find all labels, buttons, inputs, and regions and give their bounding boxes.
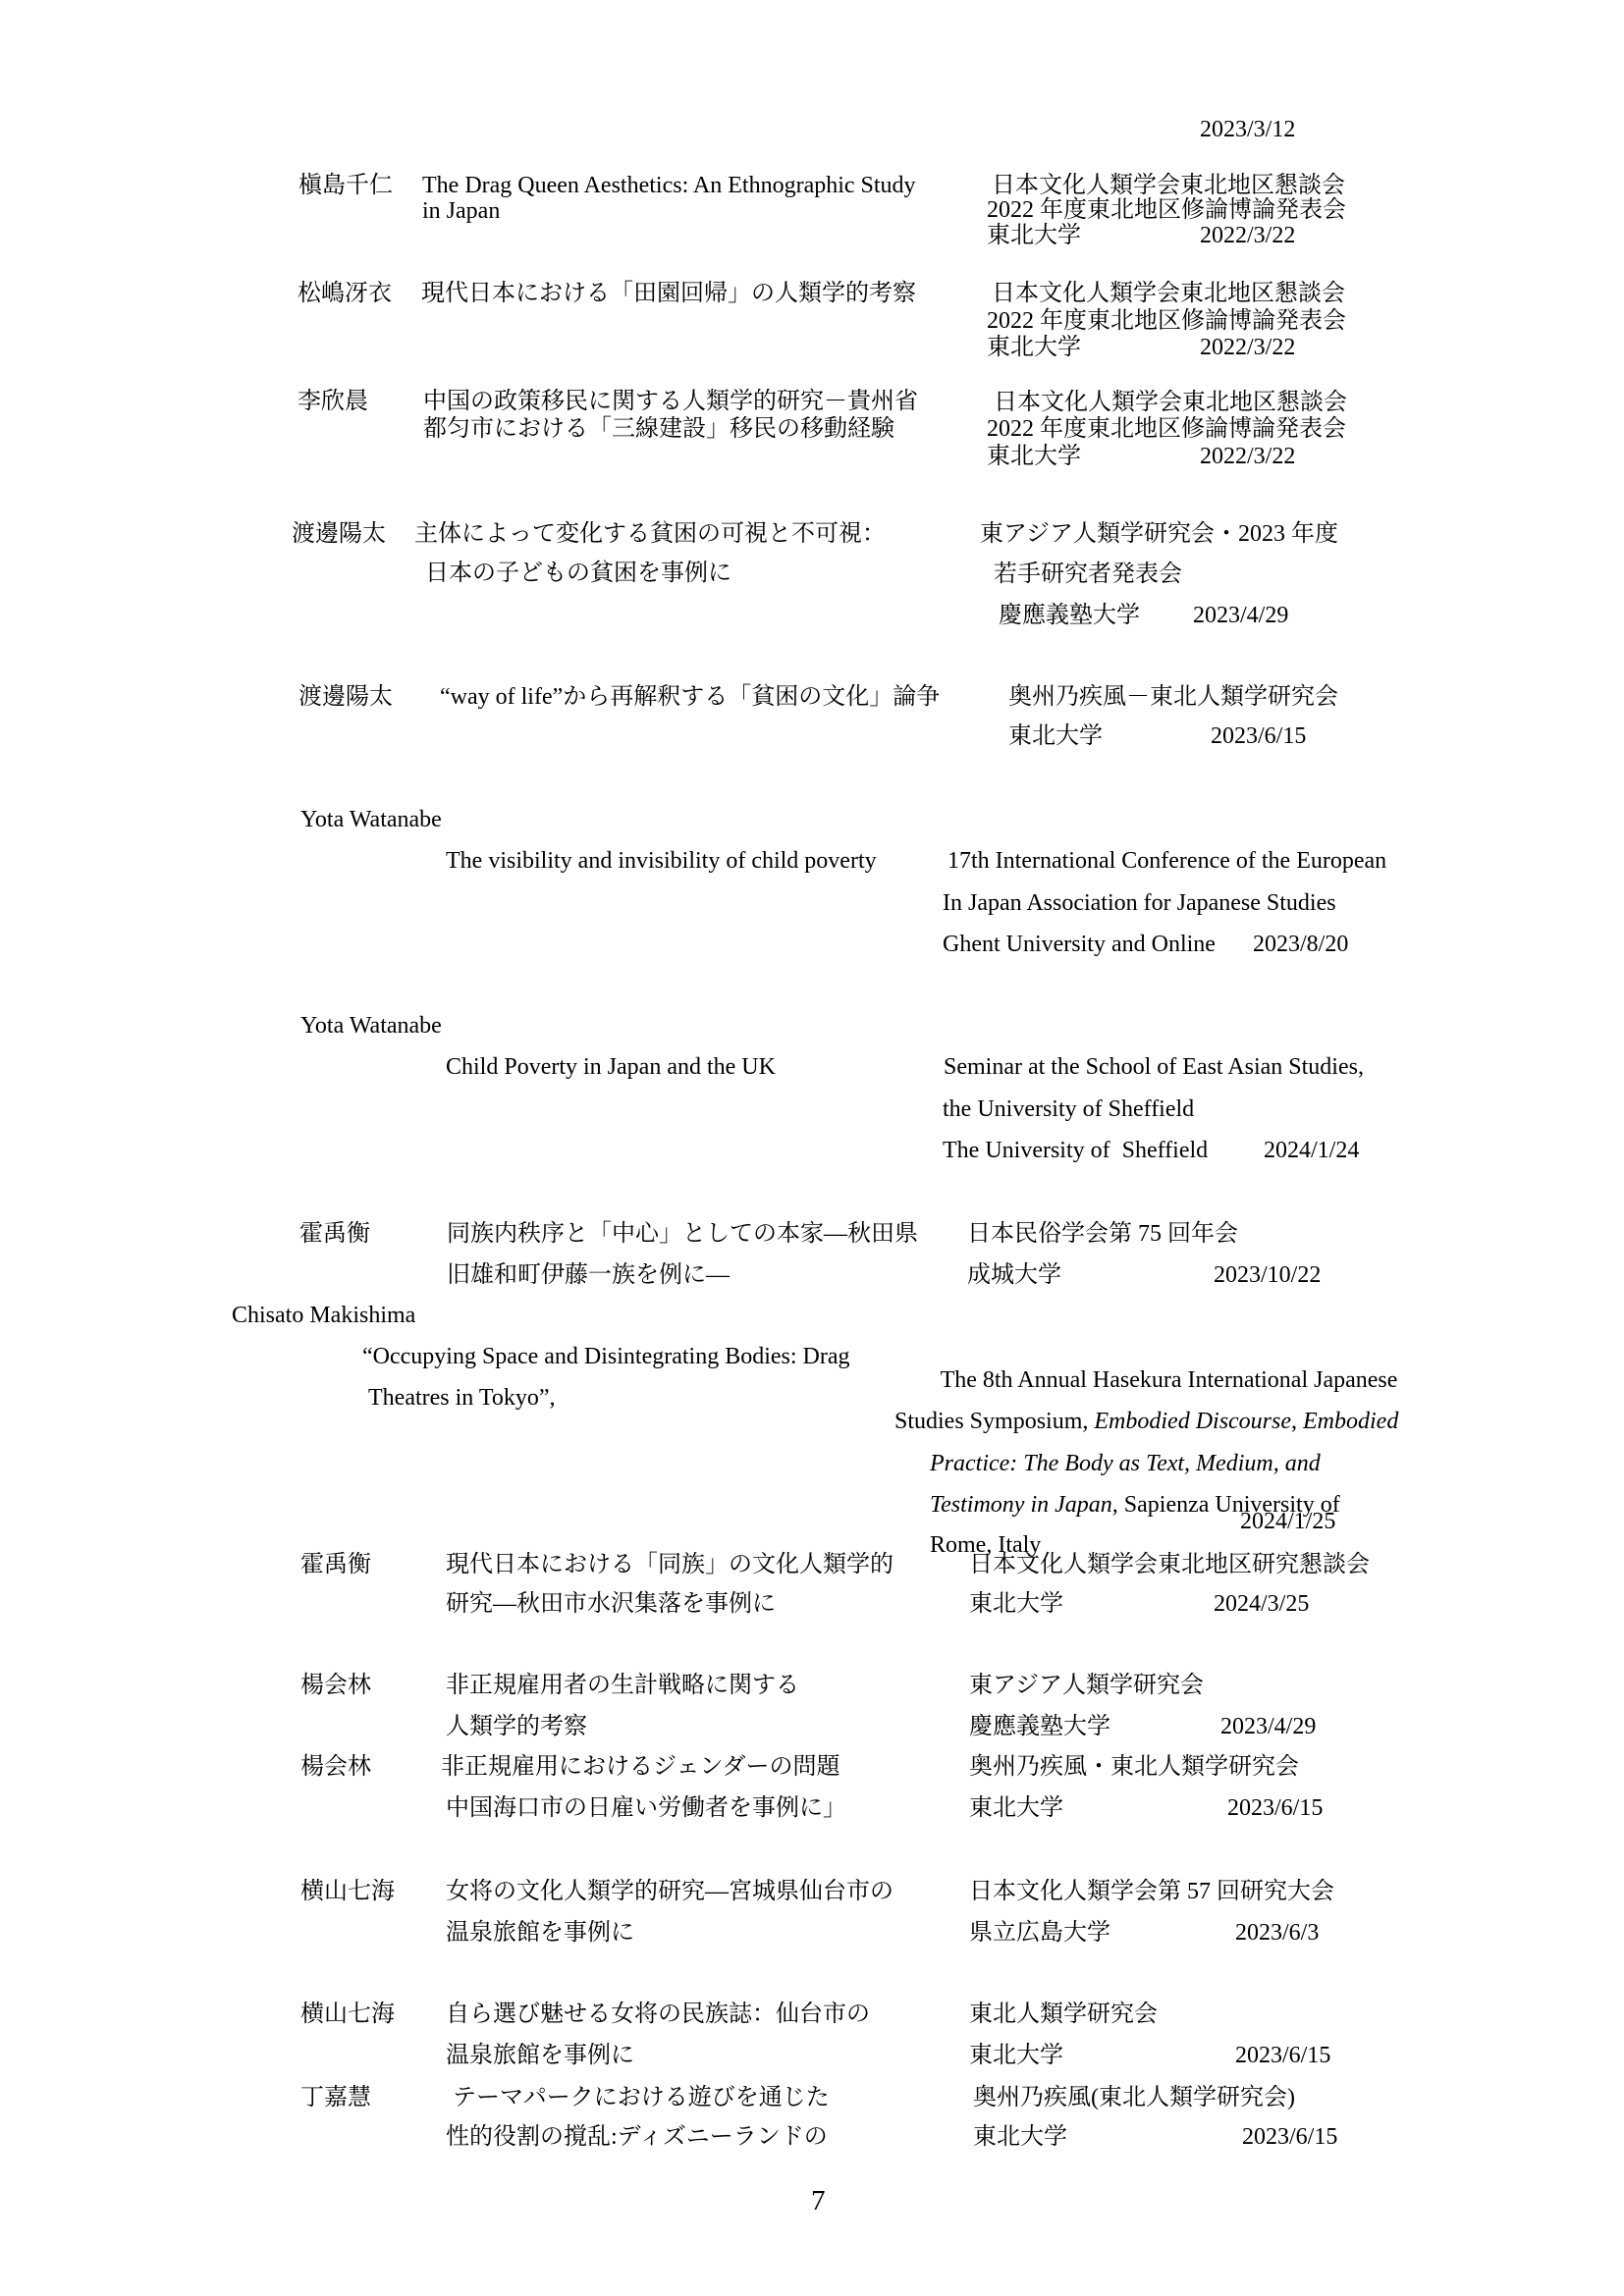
header-date: 2023/3/12 <box>1200 118 1295 141</box>
venue-line: Seminar at the School of East Asian Stud… <box>944 1055 1364 1079</box>
venue-line: 奥州乃疾風・東北人類学研究会 <box>969 1755 1299 1779</box>
presenter-name: Chisato Makishima <box>232 1304 415 1327</box>
venue-line: 日本文化人類学会東北地区懇談会 <box>992 282 1345 305</box>
venue-line: 県立広島大学 <box>969 1921 1110 1945</box>
presentation-title-line: 自ら選び魅せる女将の民族誌：仙台市の <box>446 2002 870 2026</box>
presentation-date: 2024/1/24 <box>1264 1139 1359 1162</box>
venue-line: 日本民俗学会第 75 回年会 <box>967 1222 1238 1246</box>
venue-line: 日本文化人類学会東北地区懇談会 <box>994 391 1347 414</box>
presenter-name: 楊会林 <box>300 1755 371 1779</box>
presentation-title-line: “Occupying Space and Disintegrating Bodi… <box>362 1345 850 1368</box>
presentation-title-line: The visibility and invisibility of child… <box>446 849 877 873</box>
presentation-title-line: 現代日本における「同族」の文化人類学的 <box>446 1553 893 1576</box>
presenter-name: Yota Watanabe <box>300 808 442 831</box>
presentation-date: 2023/4/29 <box>1220 1715 1316 1738</box>
presentation-title-line: 現代日本における「田園回帰」の人類学的考察 <box>421 282 916 305</box>
presentation-date: 2023/10/22 <box>1214 1263 1321 1287</box>
presentation-date: 2024/1/25 <box>1240 1510 1335 1533</box>
venue-line: Ghent University and Online <box>943 933 1216 956</box>
presentation-date: 2022/3/22 <box>1200 224 1295 247</box>
presenter-name: 渡邊陽太 <box>292 522 386 546</box>
presenter-name: 槇島千仁 <box>298 174 393 197</box>
venue-line: 東北人類学研究会 <box>969 2002 1158 2026</box>
presentation-title-line: 女将の文化人類学的研究―宮城県仙台市の <box>446 1880 893 1903</box>
presentation-title-line: 旧雄和町伊藤一族を例に― <box>447 1263 730 1287</box>
venue-line: 東北大学 <box>987 224 1081 247</box>
presentation-title-line: 研究―秋田市水沢集落を事例に <box>446 1592 776 1616</box>
presentation-title-line: 性的役割の撹乱:ディズニーランドの <box>446 2125 828 2149</box>
page-number: 7 <box>811 2187 826 2216</box>
venue-line: 慶應義塾大学 <box>969 1715 1110 1738</box>
presentation-date: 2023/4/29 <box>1193 604 1288 627</box>
venue-line: 日本文化人類学会東北地区懇談会 <box>992 174 1345 197</box>
venue-line: 奥州乃疾風－東北人類学研究会 <box>1008 685 1338 709</box>
presentation-date: 2023/6/15 <box>1242 2125 1337 2149</box>
presentation-date: 2022/3/22 <box>1200 336 1295 359</box>
presentation-title-line: テーマパークにおける遊びを通じた <box>453 2086 830 2109</box>
presentation-title-line: 中国海口市の日雇い労働者を事例に」 <box>446 1796 846 1820</box>
presenter-name: 横山七海 <box>300 2002 395 2026</box>
presenter-name: 李欣晨 <box>298 390 368 413</box>
venue-line: the University of Sheffield <box>943 1097 1194 1121</box>
venue-line: 東アジア人類学研究会・2023 年度 <box>980 522 1338 546</box>
venue-line: 17th International Conference of the Eur… <box>947 849 1386 873</box>
presentation-title-line: 中国の政策移民に関する人類学的研究－貴州省 <box>423 390 918 413</box>
venue-line: 2022 年度東北地区修論博論発表会 <box>987 417 1346 441</box>
presentation-date: 2023/6/15 <box>1235 2044 1330 2067</box>
presentation-title-line: 非正規雇用者の生計戦略に関する <box>446 1674 799 1697</box>
presenter-name: 霍禹衡 <box>299 1222 370 1246</box>
presentation-title-line: 非正規雇用におけるジェンダーの問題 <box>441 1755 840 1779</box>
venue-line: 東北大学 <box>987 445 1081 468</box>
venue-line: 奥州乃疾風(東北人類学研究会) <box>973 2086 1295 2109</box>
venue-line: 2022 年度東北地区修論博論発表会 <box>987 198 1346 222</box>
venue-line: 2022 年度東北地区修論博論発表会 <box>987 309 1346 333</box>
venue-line: 東北大学 <box>1008 724 1103 748</box>
presenter-name: 楊会林 <box>300 1674 371 1697</box>
presenter-name: 丁嘉慧 <box>300 2086 371 2109</box>
presentation-title-line: 温泉旅館を事例に <box>446 2044 634 2067</box>
venue-line: 成城大学 <box>967 1263 1061 1287</box>
presentation-title-line: 主体によって変化する貧困の可視と不可視： <box>414 522 886 546</box>
venue-line: The University of Sheffield <box>943 1139 1208 1162</box>
presentation-title-line: Child Poverty in Japan and the UK <box>446 1055 776 1079</box>
presentation-title-line: 温泉旅館を事例に <box>446 1921 634 1945</box>
venue-line: 東北大学 <box>969 1592 1063 1616</box>
venue-line: 東北大学 <box>969 1796 1063 1820</box>
presentation-title-line: in Japan <box>422 199 500 223</box>
venue-line: 東アジア人類学研究会 <box>969 1674 1204 1697</box>
presentation-date: 2023/6/3 <box>1235 1921 1319 1945</box>
presentation-date: 2023/6/15 <box>1211 724 1306 748</box>
venue-line: 東北大学 <box>969 2044 1063 2067</box>
presenter-name: 霍禹衡 <box>300 1553 371 1576</box>
venue-line: In Japan Association for Japanese Studie… <box>943 891 1336 915</box>
presentation-date: 2022/3/22 <box>1200 445 1295 468</box>
venue-line: 東北大学 <box>973 2125 1067 2149</box>
presentation-date: 2023/8/20 <box>1253 933 1348 956</box>
presentation-title-line: Theatres in Tokyo”, <box>368 1386 556 1410</box>
presentation-date: 2023/6/15 <box>1227 1796 1323 1820</box>
venue-line: 日本文化人類学会東北地区研究懇談会 <box>969 1553 1370 1576</box>
venue-line: 慶應義塾大学 <box>999 604 1140 627</box>
presentation-date: 2024/3/25 <box>1214 1592 1309 1616</box>
presentation-title-line: “way of life”から再解釈する「貧困の文化」論争 <box>440 685 940 709</box>
venue-line: 日本文化人類学会第 57 回研究大会 <box>969 1880 1334 1903</box>
presenter-name: 松嶋冴衣 <box>298 282 392 305</box>
presenter-name: 横山七海 <box>300 1880 395 1903</box>
presentation-title-line: 同族内秩序と「中心」としての本家―秋田県 <box>447 1222 918 1246</box>
presentation-title-line: 都匀市における「三線建設」移民の移動経験 <box>423 417 894 441</box>
venue-line: 東北大学 <box>987 336 1081 359</box>
presentation-title-line: 人類学的考察 <box>446 1715 587 1738</box>
presenter-name: 渡邊陽太 <box>298 685 393 709</box>
presentation-title-line: The Drag Queen Aesthetics: An Ethnograph… <box>422 174 916 197</box>
presenter-name: Yota Watanabe <box>300 1014 442 1038</box>
venue-line: 若手研究者発表会 <box>994 562 1182 586</box>
presentation-title-line: 日本の子どもの貧困を事例に <box>425 561 731 585</box>
